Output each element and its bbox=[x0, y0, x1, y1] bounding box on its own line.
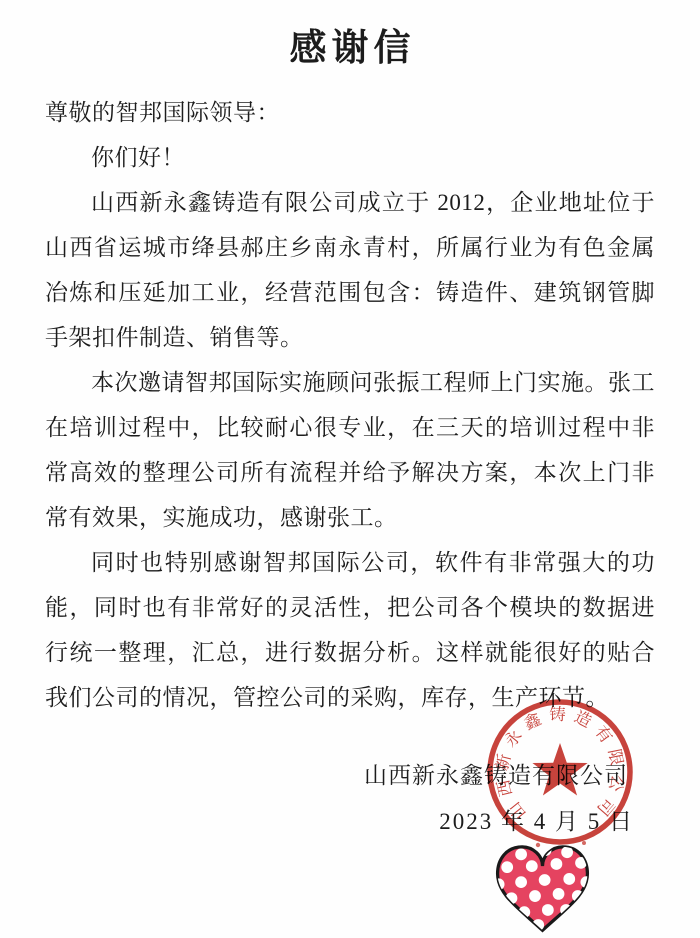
paragraph-3: 同时也特别感谢智邦国际公司，软件有非常强大的功能，同时也有非常好的灵活性，把公司… bbox=[45, 540, 655, 720]
greeting: 你们好！ bbox=[45, 135, 655, 180]
letter-page: 感谢信 尊敬的智邦国际领导： 你们好！ 山西新永鑫铸造有限公司成立于 2012，… bbox=[0, 0, 700, 938]
letter-body: 尊敬的智邦国际领导： 你们好！ 山西新永鑫铸造有限公司成立于 2012，企业地址… bbox=[0, 90, 700, 720]
salutation: 尊敬的智邦国际领导： bbox=[45, 90, 655, 135]
star-icon bbox=[532, 743, 587, 796]
paragraph-2: 本次邀请智邦国际实施顾问张振工程师上门实施。张工在培训过程中，比较耐心很专业，在… bbox=[45, 360, 655, 540]
paragraph-1: 山西新永鑫铸造有限公司成立于 2012，企业地址位于山西省运城市绛县郝庄乡南永青… bbox=[45, 180, 655, 360]
heart-shape bbox=[498, 847, 588, 930]
heart-icon bbox=[489, 838, 596, 937]
seal-ink-speck bbox=[597, 831, 600, 834]
letter-title: 感谢信 bbox=[0, 0, 700, 69]
company-seal-stamp: 山西新永鑫铸造有限公司 bbox=[484, 696, 636, 848]
